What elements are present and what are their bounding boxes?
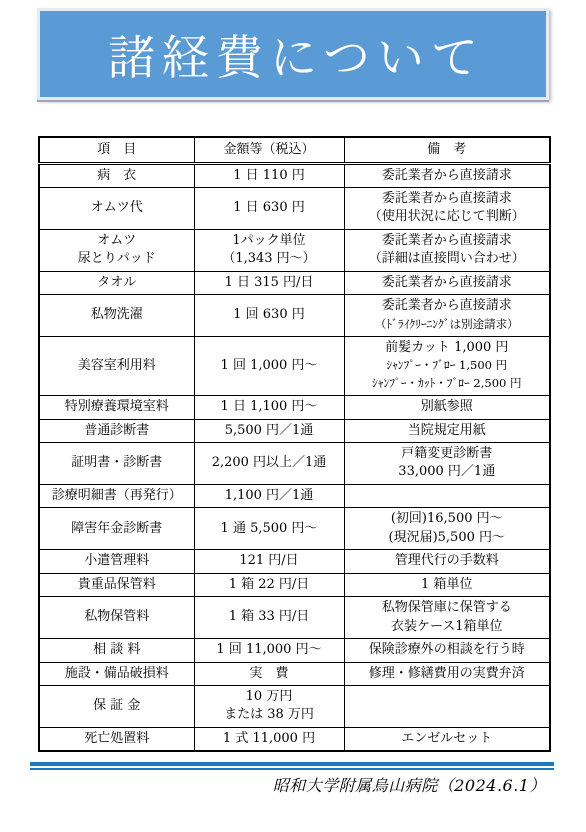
item-cell: 普通診断書	[39, 419, 194, 442]
header-row: 項 目 金額等（税込） 備 考	[39, 137, 550, 163]
item-cell: 小遣管理料	[39, 550, 194, 573]
table-row: 貴重品保管料1 箱 22 円/日1 箱単位	[39, 573, 550, 596]
amount-cell: 1 式 11,000 円	[194, 727, 344, 751]
remarks-cell: 委託業者から直接請求（ﾄﾞﾗｲｸﾘｰﾆﾝｸﾞは別途請求）	[344, 295, 550, 336]
table-row: オムツ尿とりパッド1パック単位（1,343 円～）委託業者から直接請求（詳細は直…	[39, 229, 550, 271]
amount-cell: 2,200 円以上／1通	[194, 443, 344, 485]
table-row: 相 談 料1 回 11,000 円～保険診療外の相談を行う時	[39, 639, 550, 662]
amount-cell: 1 日 630 円	[194, 187, 344, 229]
remarks-cell: 私物保管庫に保管する衣装ケース1箱単位	[344, 597, 550, 639]
item-cell: 私物洗濯	[39, 295, 194, 336]
table-row: 証明書・診断書2,200 円以上／1通戸籍変更診断書33,000 円／1通	[39, 443, 550, 485]
item-cell: オムツ尿とりパッド	[39, 229, 194, 271]
remarks-cell: 管理代行の手数料	[344, 550, 550, 573]
footer-divider	[30, 762, 554, 770]
item-cell: 相 談 料	[39, 639, 194, 662]
hospital-name-and-date: 昭和大学附属烏山病院（2024.6.1）	[273, 773, 546, 796]
amount-cell: 1 箱 33 円/日	[194, 597, 344, 639]
item-cell: 特別療養環境室料	[39, 396, 194, 419]
amount-cell: 5,500 円／1通	[194, 419, 344, 442]
remarks-cell: 1 箱単位	[344, 573, 550, 596]
item-cell: 病 衣	[39, 163, 194, 187]
remarks-cell: 委託業者から直接請求	[344, 271, 550, 294]
remarks-cell: 委託業者から直接請求	[344, 163, 550, 187]
amount-cell: 1パック単位（1,343 円～）	[194, 229, 344, 271]
col-header-amount: 金額等（税込）	[194, 137, 344, 163]
table-row: 診療明細書（再発行）1,100 円／1通	[39, 484, 550, 507]
col-header-remarks: 備 考	[344, 137, 550, 163]
amount-cell: 10 万円または 38 万円	[194, 686, 344, 728]
remarks-cell: 保険診療外の相談を行う時	[344, 639, 550, 662]
table-row: 障害年金診断書1 通 5,500 円～(初回)16,500 円～(現況届)5,5…	[39, 508, 550, 550]
table-row: タオル1 日 315 円/日委託業者から直接請求	[39, 271, 550, 294]
item-cell: 施設・備品破損料	[39, 662, 194, 685]
amount-cell: 1 回 630 円	[194, 295, 344, 336]
item-cell: オムツ代	[39, 187, 194, 229]
fees-table-body: 病 衣1 日 110 円委託業者から直接請求オムツ代1 日 630 円委託業者か…	[39, 163, 550, 751]
table-row: 死亡処置料1 式 11,000 円エンゼルセット	[39, 727, 550, 751]
footer-divider-thin-line	[30, 768, 554, 770]
remarks-cell	[344, 686, 550, 728]
item-cell: 診療明細書（再発行）	[39, 484, 194, 507]
title-banner: 諸経費について	[37, 8, 549, 100]
amount-cell: 1 回 11,000 円～	[194, 639, 344, 662]
page-title: 諸経費について	[101, 21, 485, 88]
table-row: 私物洗濯1 回 630 円委託業者から直接請求（ﾄﾞﾗｲｸﾘｰﾆﾝｸﾞは別途請求…	[39, 295, 550, 336]
table-row: オムツ代1 日 630 円委託業者から直接請求（使用状況に応じて判断）	[39, 187, 550, 229]
amount-cell: 121 円/日	[194, 550, 344, 573]
table-row: 私物保管料1 箱 33 円/日私物保管庫に保管する衣装ケース1箱単位	[39, 597, 550, 639]
item-cell: 美容室利用料	[39, 336, 194, 395]
remarks-cell: 修理・修繕費用の実費弁済	[344, 662, 550, 685]
amount-cell: 1 日 1,100 円～	[194, 396, 344, 419]
document-page: 諸経費について 項 目 金額等（税込） 備 考 病 衣1 日 110 円委託業者…	[0, 0, 586, 832]
amount-cell: 1 日 110 円	[194, 163, 344, 187]
item-cell: 死亡処置料	[39, 727, 194, 751]
table-row: 施設・備品破損料実 費修理・修繕費用の実費弁済	[39, 662, 550, 685]
table-row: 普通診断書5,500 円／1通当院規定用紙	[39, 419, 550, 442]
item-cell: 障害年金診断書	[39, 508, 194, 550]
col-header-item: 項 目	[39, 137, 194, 163]
item-cell: タオル	[39, 271, 194, 294]
item-cell: 保 証 金	[39, 686, 194, 728]
table-row: 保 証 金10 万円または 38 万円	[39, 686, 550, 728]
table-row: 美容室利用料1 回 1,000 円～前髪カット 1,000 円ｼｬﾝﾌﾟｰ・ﾌﾞ…	[39, 336, 550, 395]
amount-cell: 1 箱 22 円/日	[194, 573, 344, 596]
table-row: 特別療養環境室料1 日 1,100 円～別紙参照	[39, 396, 550, 419]
remarks-cell: 別紙参照	[344, 396, 550, 419]
remarks-cell: 委託業者から直接請求（使用状況に応じて判断）	[344, 187, 550, 229]
amount-cell: 実 費	[194, 662, 344, 685]
remarks-cell: 前髪カット 1,000 円ｼｬﾝﾌﾟｰ・ﾌﾞﾛｰ 1,500 円ｼｬﾝﾌﾟｰ・ｶ…	[344, 336, 550, 395]
item-cell: 私物保管料	[39, 597, 194, 639]
fees-table-header: 項 目 金額等（税込） 備 考	[39, 137, 550, 163]
fees-table: 項 目 金額等（税込） 備 考 病 衣1 日 110 円委託業者から直接請求オム…	[38, 136, 551, 752]
remarks-cell: (初回)16,500 円～(現況届)5,500 円～	[344, 508, 550, 550]
remarks-cell: 戸籍変更診断書33,000 円／1通	[344, 443, 550, 485]
amount-cell: 1 通 5,500 円～	[194, 508, 344, 550]
remarks-cell: 委託業者から直接請求（詳細は直接問い合わせ）	[344, 229, 550, 271]
table-row: 小遣管理料121 円/日管理代行の手数料	[39, 550, 550, 573]
remarks-cell	[344, 484, 550, 507]
item-cell: 貴重品保管料	[39, 573, 194, 596]
table-row: 病 衣1 日 110 円委託業者から直接請求	[39, 163, 550, 187]
amount-cell: 1 日 315 円/日	[194, 271, 344, 294]
amount-cell: 1 回 1,000 円～	[194, 336, 344, 395]
amount-cell: 1,100 円／1通	[194, 484, 344, 507]
item-cell: 証明書・診断書	[39, 443, 194, 485]
remarks-cell: 当院規定用紙	[344, 419, 550, 442]
remarks-cell: エンゼルセット	[344, 727, 550, 751]
